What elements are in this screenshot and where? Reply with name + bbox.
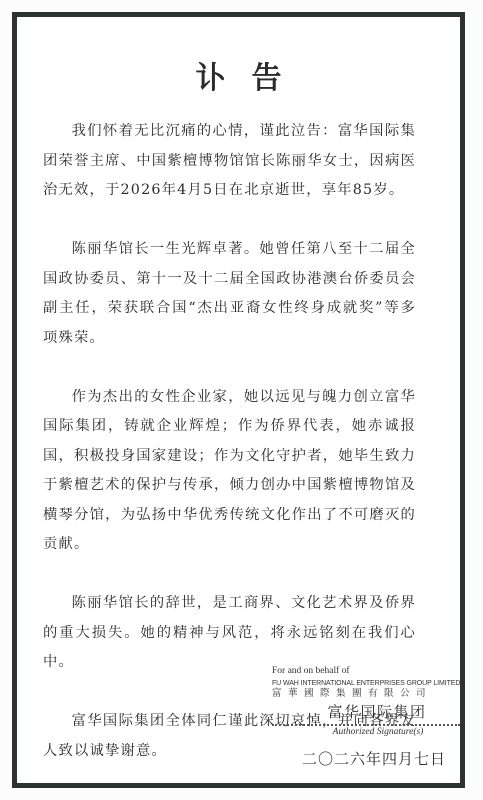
document-title: 讣告	[17, 53, 460, 97]
signature-block: For and on behalf of FU WAH INTERNATIONA…	[272, 666, 462, 738]
signature-company-zh: 富華國際集團有限公司	[272, 688, 462, 700]
signature-company-en: FU WAH INTERNATIONAL ENTERPRISES GROUP L…	[272, 677, 447, 688]
signature-stamp: 富华国际集团	[272, 702, 462, 724]
signature-behalf-line: For and on behalf of	[272, 666, 462, 677]
paragraph-contributions: 作为杰出的女性企业家，她以远见与魄力创立富华国际集团，铸就企业辉煌；作为侨界代表…	[43, 383, 416, 560]
authorized-signature-label: Authorized Signature(s)	[272, 726, 462, 738]
paragraph-loss: 陈丽华馆长的辞世，是工商界、文化艺术界及侨界的重大损失。她的精神与风范，将永远铭…	[43, 589, 416, 678]
paragraph-career: 陈丽华馆长一生光辉卓著。她曾任第八至十二届全国政协委员、第十一及十二届全国政协港…	[43, 235, 416, 353]
paragraph-announcement: 我们怀着无比沉痛的心情，谨此泣告：富华国际集团荣誉主席、中国紫檀博物馆馆长陈丽华…	[43, 117, 416, 206]
document-date: 二〇二六年四月七日	[302, 748, 446, 769]
